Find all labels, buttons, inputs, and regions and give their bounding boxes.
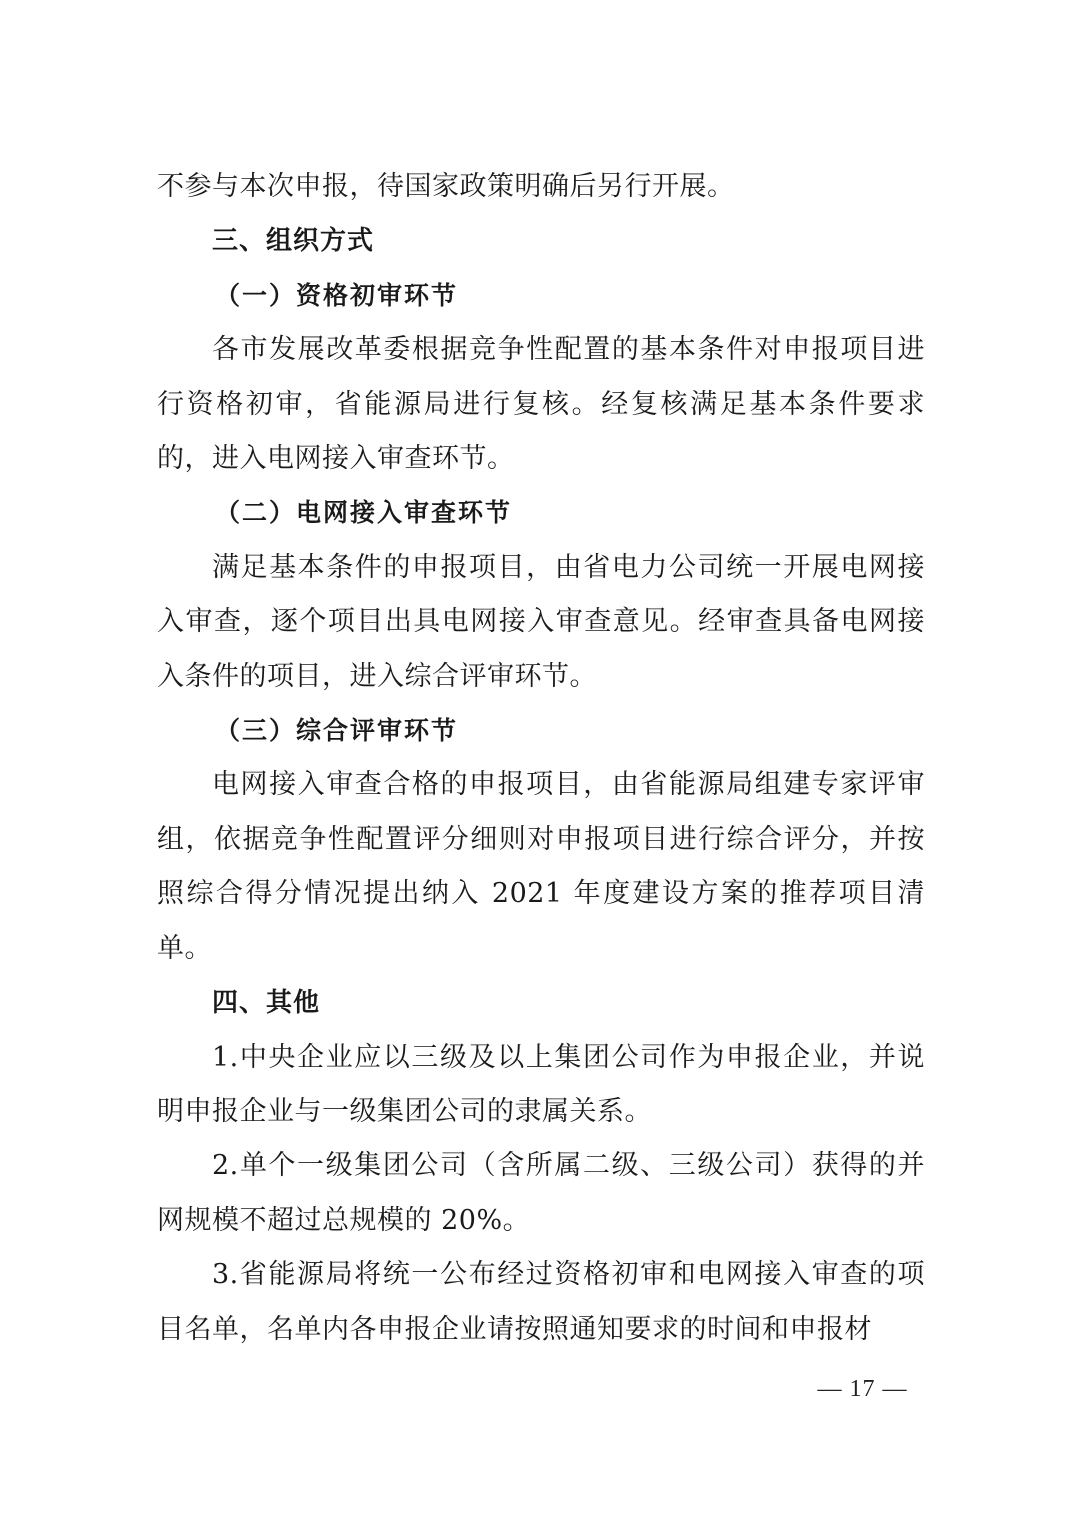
qualification-review-paragraph: 各市发展改革委根据竞争性配置的基本条件对申报项目进行资格初审，省能源局进行复核。… xyxy=(157,323,925,486)
other-item-3: 3.省能源局将统一公布经过资格初审和电网接入审查的项目名单，名单内各申报企业请按… xyxy=(157,1248,925,1357)
subsection-heading-grid-access-review: （二）电网接入审查环节 xyxy=(157,486,925,540)
other-item-2: 2.单个一级集团公司（含所属二级、三级公司）获得的并网规模不超过总规模的 20%… xyxy=(157,1139,925,1248)
subsection-heading-qualification-review: （一）资格初审环节 xyxy=(157,269,925,323)
comprehensive-review-paragraph: 电网接入审查合格的申报项目，由省能源局组建专家评审组，依据竞争性配置评分细则对申… xyxy=(157,758,925,976)
section-heading-other: 四、其他 xyxy=(157,976,925,1030)
continuation-paragraph: 不参与本次申报，待国家政策明确后另行开展。 xyxy=(157,160,925,214)
document-page: 不参与本次申报，待国家政策明确后另行开展。 三、组织方式 （一）资格初审环节 各… xyxy=(157,160,925,1357)
other-item-1: 1.中央企业应以三级及以上集团公司作为申报企业，并说明申报企业与一级集团公司的隶… xyxy=(157,1031,925,1140)
subsection-heading-comprehensive-review: （三）综合评审环节 xyxy=(157,704,925,758)
page-number: — 17 — xyxy=(815,1376,910,1403)
grid-access-review-paragraph: 满足基本条件的申报项目，由省电力公司统一开展电网接入审查，逐个项目出具电网接入审… xyxy=(157,541,925,704)
section-heading-organization: 三、组织方式 xyxy=(157,214,925,268)
